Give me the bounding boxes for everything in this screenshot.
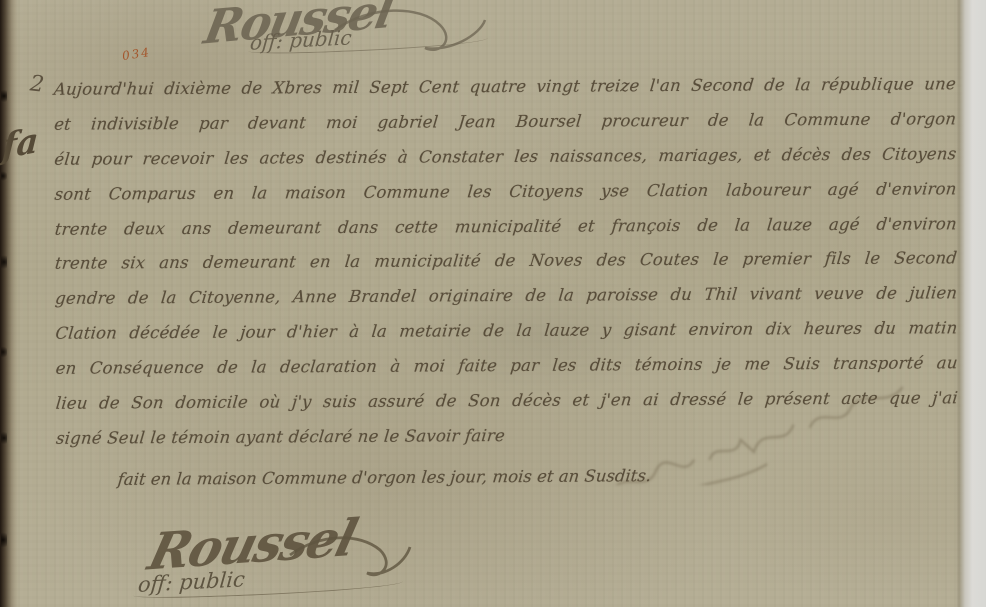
margin-mark-numeral: 2 — [29, 71, 46, 97]
text-line: élu pour recevoir les actes destinés à C… — [53, 137, 958, 177]
text-line: trente six ans demeurant en la municipal… — [53, 242, 958, 282]
text-line: et indivisible par devant moi gabriel Je… — [52, 102, 957, 142]
text-line: lieu de Son domicile où j'y suis assuré … — [54, 381, 959, 421]
text-line: Aujourd'hui dixième de Xbres mil Sept Ce… — [52, 67, 957, 107]
text-line: gendre de la Citoyenne, Anne Brandel ori… — [53, 277, 958, 317]
binding-blotches — [1, 0, 7, 607]
archive-stamp-number: 034 — [121, 45, 152, 63]
binding-edge — [0, 0, 18, 607]
act-body-text: Aujourd'hui dixième de Xbres mil Sept Ce… — [54, 67, 958, 456]
text-line: en Conséquence de la declaration à moi f… — [54, 346, 959, 386]
closing-line: fait en la maison Commune d'orgon les jo… — [117, 466, 652, 489]
manuscript-page: Roussel off: public 034 2 ƒa Aujourd'hui… — [0, 0, 986, 607]
margin-mark-paraph: ƒa — [1, 120, 40, 167]
scan-edge — [956, 0, 986, 607]
text-line: signé Seul le témoin ayant déclaré ne le… — [54, 416, 959, 456]
text-line: sont Comparus en la maison Commune les C… — [53, 172, 958, 212]
text-line: Clation décédée le jour d'hier à la meta… — [54, 311, 959, 351]
